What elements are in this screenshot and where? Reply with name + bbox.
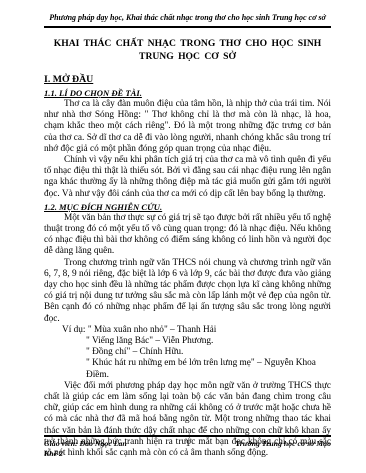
subsection-heading-li-do: 1.1. LÍ DO CHỌN ĐỀ TÀI. xyxy=(44,88,331,99)
page-title: KHAI THÁC CHẤT NHẠC TRONG THƠ CHO HỌC SI… xyxy=(44,38,331,63)
paragraph-1: Thơ ca là cây đàn muôn điệu của tâm hồn,… xyxy=(44,99,331,155)
document-page: Phương pháp dạy học, Khai thác chất nhạc… xyxy=(0,0,366,473)
footer-teacher-name: Giáo viên: Đào Ngọc Lan xyxy=(44,439,127,449)
example-item-4: " Khúc hát ru những em bé lớn trên lưng … xyxy=(86,358,331,380)
paragraph-4: Trong chương trình ngữ văn THCS nói chun… xyxy=(44,258,331,325)
section-heading-mo-dau: I. MỞ ĐẦU xyxy=(44,74,331,86)
example-item-1: Ví dụ: " Mùa xuân nho nhỏ" – Thanh Hải xyxy=(44,325,331,336)
example-item-3: " Đồng chí" – Chính Hữu. xyxy=(86,347,331,358)
examples-label: Ví dụ: xyxy=(62,325,86,335)
paragraph-3: Một văn bản thơ thực sự có giá trị sẽ tạ… xyxy=(44,213,331,258)
footer-rule-divider xyxy=(44,435,331,437)
header-rule-divider xyxy=(44,26,331,28)
page-title-line1: KHAI THÁC CHẤT NHẠC TRONG THƠ CHO HỌC SI… xyxy=(54,38,321,49)
footer-row: Giáo viên: Đào Ngọc Lan 1 Trường Trung h… xyxy=(44,439,331,449)
page-content: Phương pháp dạy học, Khai thác chất nhạc… xyxy=(44,13,331,459)
examples-list: Ví dụ: " Mùa xuân nho nhỏ" – Thanh Hải "… xyxy=(44,325,331,381)
running-header-title: Phương pháp dạy học, Khai thác chất nhạc… xyxy=(44,13,331,23)
footer-school-name: Trường Trung học cơ sở Mạo xyxy=(235,439,331,449)
page-title-line2: TRUNG HỌC CƠ SỞ xyxy=(139,51,236,62)
page-footer: Giáo viên: Đào Ngọc Lan 1 Trường Trung h… xyxy=(44,435,331,459)
example-item-2: " Viếng lăng Bác" – Viễn Phương. xyxy=(86,336,331,347)
paragraph-2: Chính vì vậy nếu khi phân tích giá trị c… xyxy=(44,155,331,200)
footer-school-name-wrap: Khê 2 xyxy=(44,449,331,459)
example-text-1: " Mùa xuân nho nhỏ" – Thanh Hải xyxy=(88,325,217,335)
page-number: 1 xyxy=(172,439,191,449)
subsection-heading-muc-dich: 1.2. MỤC ĐÍCH NGHIÊN CỨU. xyxy=(44,202,331,213)
